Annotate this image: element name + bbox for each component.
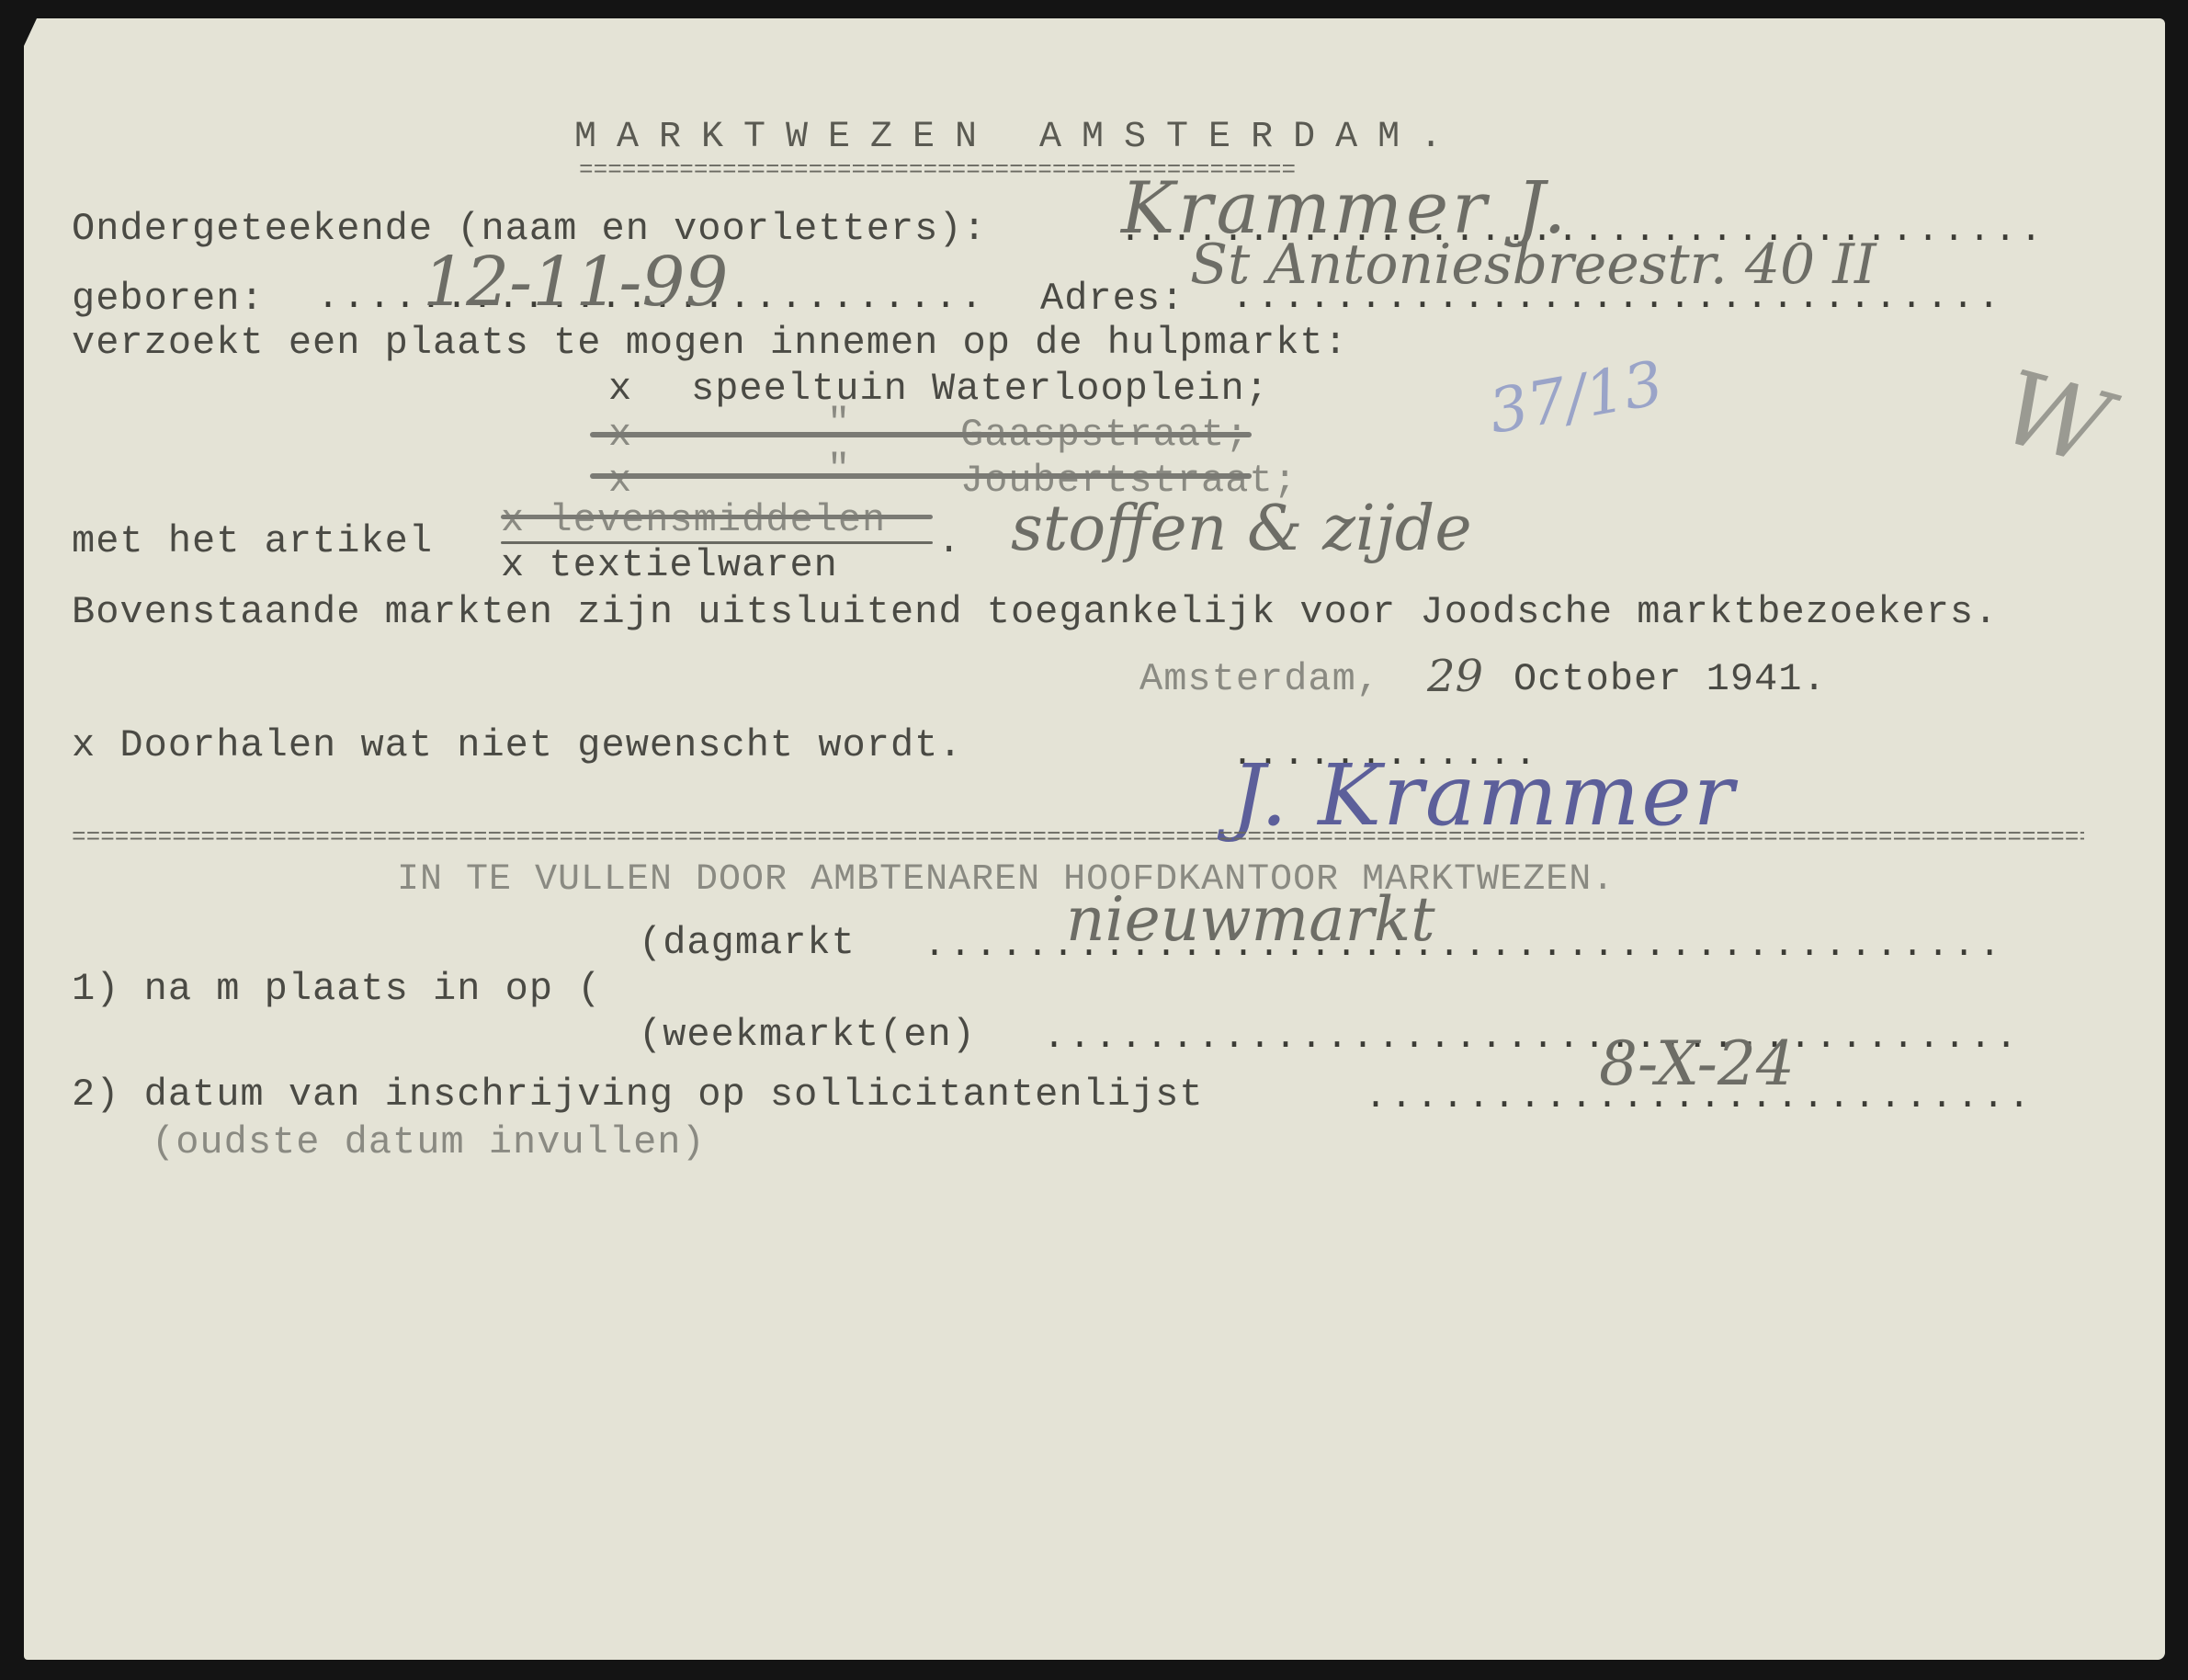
market-marker-1: x — [608, 369, 632, 408]
market-marker-3: x — [608, 461, 632, 500]
article-label: met het artikel — [72, 522, 433, 561]
article-option-1: x levensmiddelen — [501, 501, 886, 539]
footnote: x Doorhalen wat niet gewenscht wordt. — [72, 726, 963, 765]
born-value-handwritten: 12-11-99 — [423, 248, 729, 316]
article-period: . — [937, 522, 961, 561]
document-title: MARKTWEZEN AMSTERDAM. — [574, 119, 1462, 156]
market-name-1: speeltuin Waterlooplein; — [691, 369, 1269, 408]
q2-value-handwritten: 8-X-24 — [1599, 1034, 1795, 1095]
market-ditto-3: " — [827, 450, 851, 489]
request-line: verzoekt een plaats te mogen innemen op … — [72, 324, 1348, 362]
q1-weekmarkt-dotline: ...................................... — [1043, 1020, 2072, 1057]
q1-label: 1) na m plaats in op ( — [72, 970, 602, 1008]
born-label: geboren: — [72, 279, 265, 318]
market-strikethrough-2 — [590, 432, 1252, 437]
market-strikethrough-3 — [590, 473, 1252, 479]
address-value-handwritten: St Antoniesbreestr. 40 II — [1190, 237, 1876, 292]
article-strikethrough-1 — [501, 515, 933, 519]
q1-dagmarkt-handwritten: nieuwmarkt — [1066, 890, 1435, 950]
date-day-handwritten: 29 — [1427, 654, 1483, 698]
q2-label: 2) datum van inschrijving op sollicitant… — [72, 1075, 1204, 1114]
place-label: Amsterdam, — [1139, 660, 1380, 698]
address-label: Adres: — [1040, 279, 1185, 318]
q2-sublabel: (oudste datum invullen) — [152, 1123, 706, 1162]
q1-dagmarkt-label: (dagmarkt — [639, 924, 856, 962]
notice-line: Bovenstaande markten zijn uitsluitend to… — [72, 593, 1998, 631]
q1-weekmarkt-label: (weekmarkt(en) — [639, 1016, 976, 1054]
article-option-2: x textielwaren — [501, 546, 838, 585]
date-month-year: October 1941. — [1513, 660, 1827, 698]
article-handwritten: stoffen & zijde — [1011, 498, 1472, 561]
section-separator: ========================================… — [72, 825, 2084, 849]
